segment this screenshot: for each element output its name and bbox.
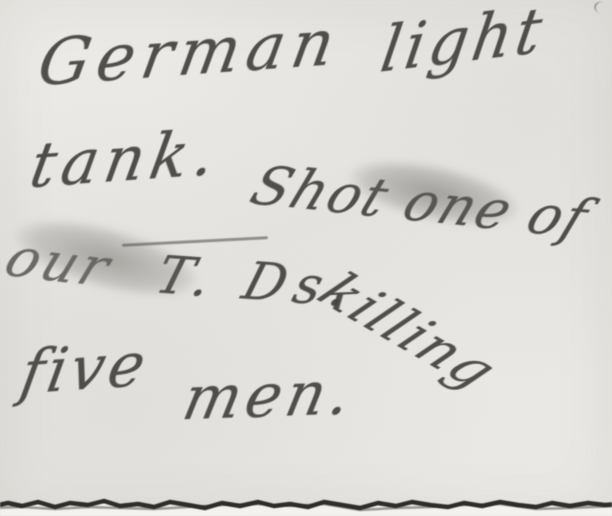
handwriting-word-tank: tank. <box>25 115 227 202</box>
handwriting-word-german: German <box>33 5 347 101</box>
faint-corner-mark <box>593 0 612 16</box>
handwriting-word-our: our <box>0 226 121 299</box>
handwriting-phrase-shot-one-of: Shot one of <box>243 154 599 250</box>
handwriting-word-light: light <box>376 0 551 87</box>
photo-back-note: German light tank. Shot one of our T. Ds… <box>0 0 612 516</box>
pencil-dash-stroke <box>122 236 268 247</box>
torn-paper-edge <box>0 490 612 516</box>
handwriting-word-men: men. <box>177 358 362 435</box>
handwriting-word-five: five <box>15 329 154 409</box>
